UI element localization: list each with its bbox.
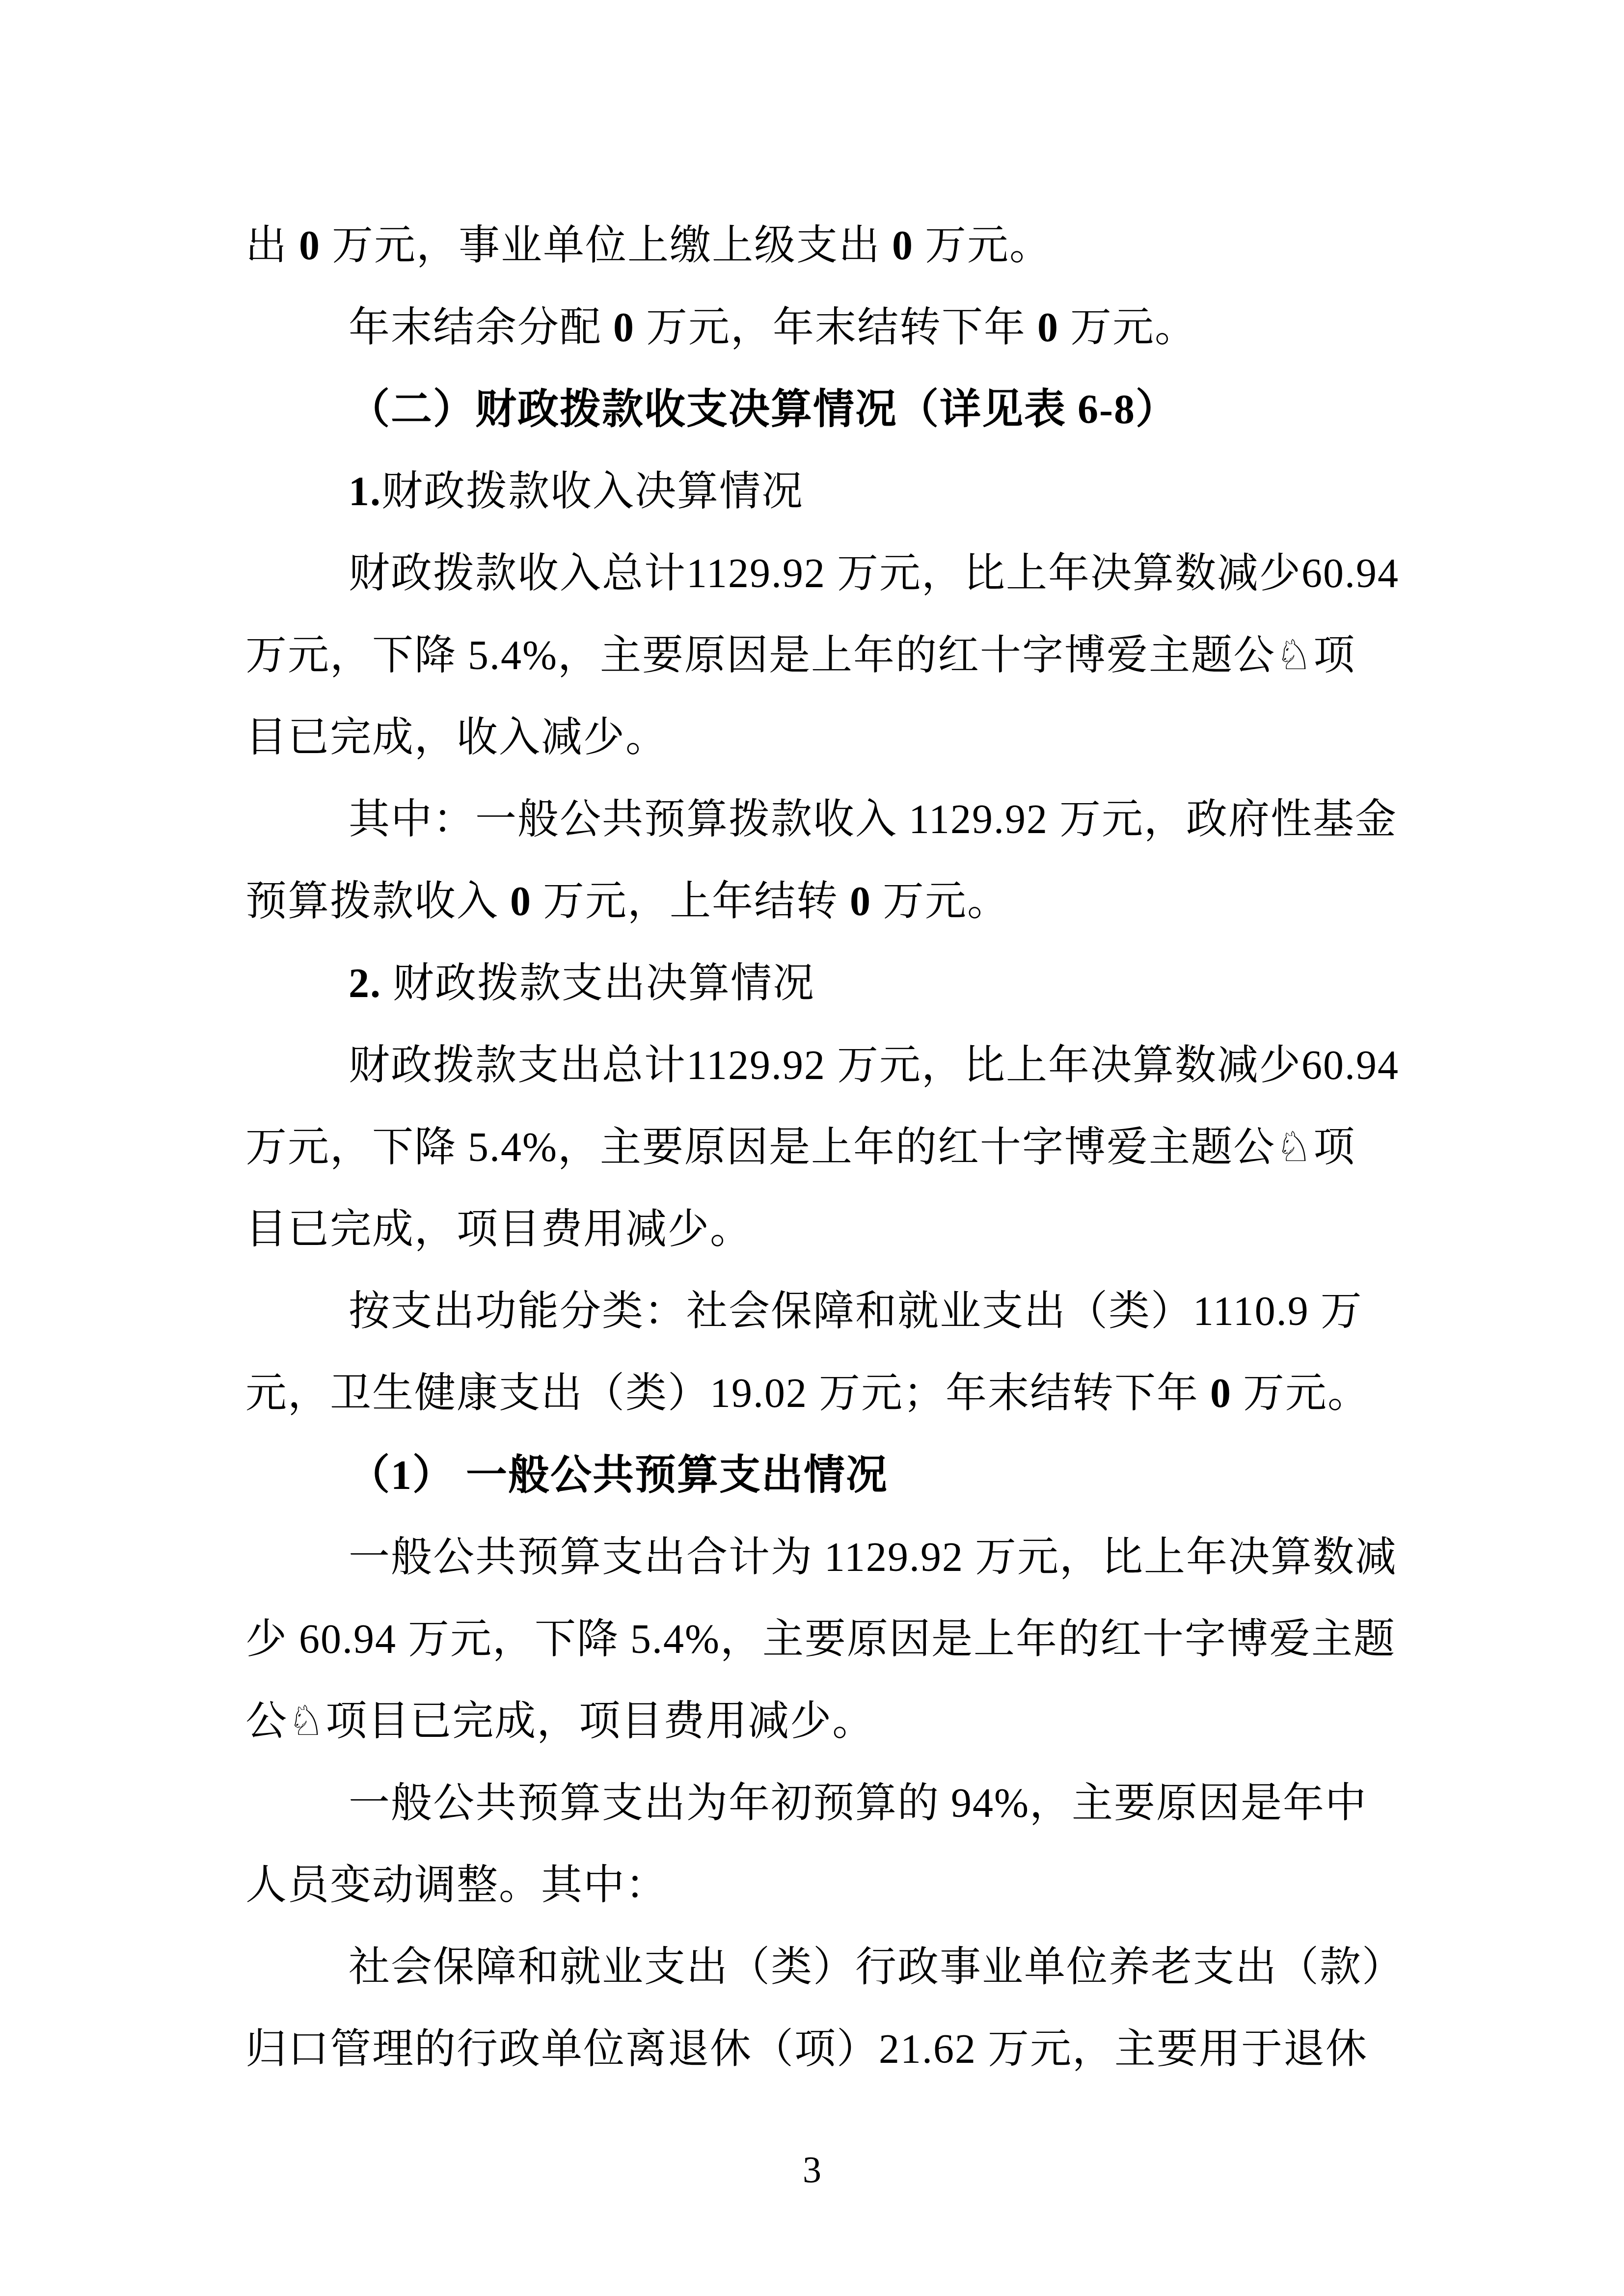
text-segment: 万元。 — [914, 223, 1052, 269]
text-line: 出 0 万元，事业单位上缴上级支出 0 万元。 — [245, 205, 1379, 287]
text-line: 按支出功能分类：社会保障和就业支出（类）1110.9 万 — [245, 1270, 1379, 1352]
text-line: 目已完成，收入减少。 — [245, 697, 1379, 779]
text-line: 万元，下降 5.4%，主要原因是上年的红十字博爱主题公♘项 — [245, 1107, 1379, 1189]
text-line: 元，卫生健康支出（类）19.02 万元；年末结转下年 0 万元。 — [245, 1352, 1379, 1434]
text-line: 万元，下降 5.4%，主要原因是上年的红十字博爱主题公♘项 — [245, 615, 1379, 697]
text-segment: 人员变动调整。其中： — [245, 1863, 668, 1908]
page-number: 3 — [0, 2140, 1624, 2199]
heading-text: 财政拨款收入决算情况 — [381, 469, 804, 514]
heading-number: 1. — [349, 469, 381, 514]
section-heading: （1） 一般公共预算支出情况 — [245, 1434, 1379, 1516]
text-line: 年末结余分配 0 万元，年末结转下年 0 万元。 — [245, 287, 1379, 369]
text-segment: 出 — [245, 223, 299, 269]
text-segment: 万元，下降 5.4%，主要原因是上年的红十字博爱主题公♘项 — [245, 1125, 1355, 1170]
text-segment: 万元。 — [1232, 1371, 1370, 1416]
text-segment: 一般公共预算支出合计为 1129.92 万元，比上年决算数减 — [349, 1535, 1397, 1580]
text-line: 财政拨款支出总计1129.92 万元，比上年决算数减少60.94 — [245, 1025, 1379, 1107]
heading-text: （1） 一般公共预算支出情况 — [349, 1453, 888, 1498]
text-segment: 财政拨款支出总计1129.92 万元，比上年决算数减少60.94 — [349, 1043, 1399, 1088]
text-segment: 财政拨款收入总计1129.92 万元，比上年决算数减少60.94 — [349, 551, 1399, 596]
text-line: 社会保障和就业支出（类）行政事业单位养老支出（款） — [245, 1926, 1379, 2008]
text-segment: 预算拨款收入 — [245, 879, 510, 924]
text-line: 归口管理的行政单位离退休（项）21.62 万元，主要用于退休 — [245, 2008, 1379, 2090]
section-heading: 2. 财政拨款支出决算情况 — [245, 943, 1379, 1025]
text-segment: 万元。 — [871, 879, 1009, 924]
text-segment: 归口管理的行政单位离退休（项）21.62 万元，主要用于退休 — [245, 2026, 1368, 2072]
text-segment: 少 60.94 万元，下降 5.4%，主要原因是上年的红十字博爱主题 — [245, 1617, 1396, 1662]
heading-number: 2. — [349, 961, 381, 1006]
text-segment: 公♘项目已完成，项目费用减少。 — [245, 1699, 874, 1744]
text-segment: 一般公共预算支出为年初预算的 94%，主要原因是年中 — [349, 1781, 1367, 1826]
text-line: 其中：一般公共预算拨款收入 1129.92 万元，政府性基金 — [245, 779, 1379, 861]
bold-number: 0 — [510, 879, 532, 924]
text-segment: 万元，年末结转下年 — [635, 305, 1037, 351]
bold-number: 0 — [892, 223, 914, 269]
bold-number: 0 — [850, 879, 871, 924]
text-line: 财政拨款收入总计1129.92 万元，比上年决算数减少60.94 — [245, 533, 1379, 615]
text-segment: 目已完成，收入减少。 — [245, 715, 668, 760]
text-segment: 元，卫生健康支出（类）19.02 万元；年末结转下年 — [245, 1371, 1210, 1416]
text-block: 出 0 万元，事业单位上缴上级支出 0 万元。 年末结余分配 0 万元，年末结转… — [245, 205, 1379, 2090]
text-segment: 万元，上年结转 — [532, 879, 850, 924]
text-line: 少 60.94 万元，下降 5.4%，主要原因是上年的红十字博爱主题 — [245, 1598, 1379, 1680]
text-segment: 年末结余分配 — [349, 305, 613, 351]
text-segment: 目已完成，项目费用减少。 — [245, 1207, 752, 1252]
text-segment: 按支出功能分类：社会保障和就业支出（类）1110.9 万 — [349, 1289, 1363, 1334]
text-line: 人员变动调整。其中： — [245, 1844, 1379, 1926]
text-segment: 万元，下降 5.4%，主要原因是上年的红十字博爱主题公♘项 — [245, 633, 1355, 678]
section-heading: 1.财政拨款收入决算情况 — [245, 451, 1379, 533]
text-segment: 万元。 — [1059, 305, 1197, 351]
text-line: 目已完成，项目费用减少。 — [245, 1189, 1379, 1270]
text-line: 一般公共预算支出合计为 1129.92 万元，比上年决算数减 — [245, 1516, 1379, 1598]
section-heading: （二）财政拨款收支决算情况（详见表 6-8） — [245, 369, 1379, 451]
bold-number: 0 — [613, 305, 635, 351]
text-segment: 万元，事业单位上缴上级支出 — [321, 223, 892, 269]
heading-text: （二）财政拨款收支决算情况（详见表 6-8） — [349, 387, 1178, 432]
heading-text: 财政拨款支出决算情况 — [381, 961, 815, 1006]
text-line: 预算拨款收入 0 万元，上年结转 0 万元。 — [245, 861, 1379, 943]
document-page: 出 0 万元，事业单位上缴上级支出 0 万元。 年末结余分配 0 万元，年末结转… — [0, 0, 1624, 2296]
bold-number: 0 — [299, 223, 321, 269]
bold-number: 0 — [1037, 305, 1059, 351]
text-line: 一般公共预算支出为年初预算的 94%，主要原因是年中 — [245, 1762, 1379, 1844]
text-segment: 其中：一般公共预算拨款收入 1129.92 万元，政府性基金 — [349, 797, 1397, 842]
text-segment: 社会保障和就业支出（类）行政事业单位养老支出（款） — [349, 1945, 1404, 1990]
text-line: 公♘项目已完成，项目费用减少。 — [245, 1680, 1379, 1762]
bold-number: 0 — [1210, 1371, 1232, 1416]
